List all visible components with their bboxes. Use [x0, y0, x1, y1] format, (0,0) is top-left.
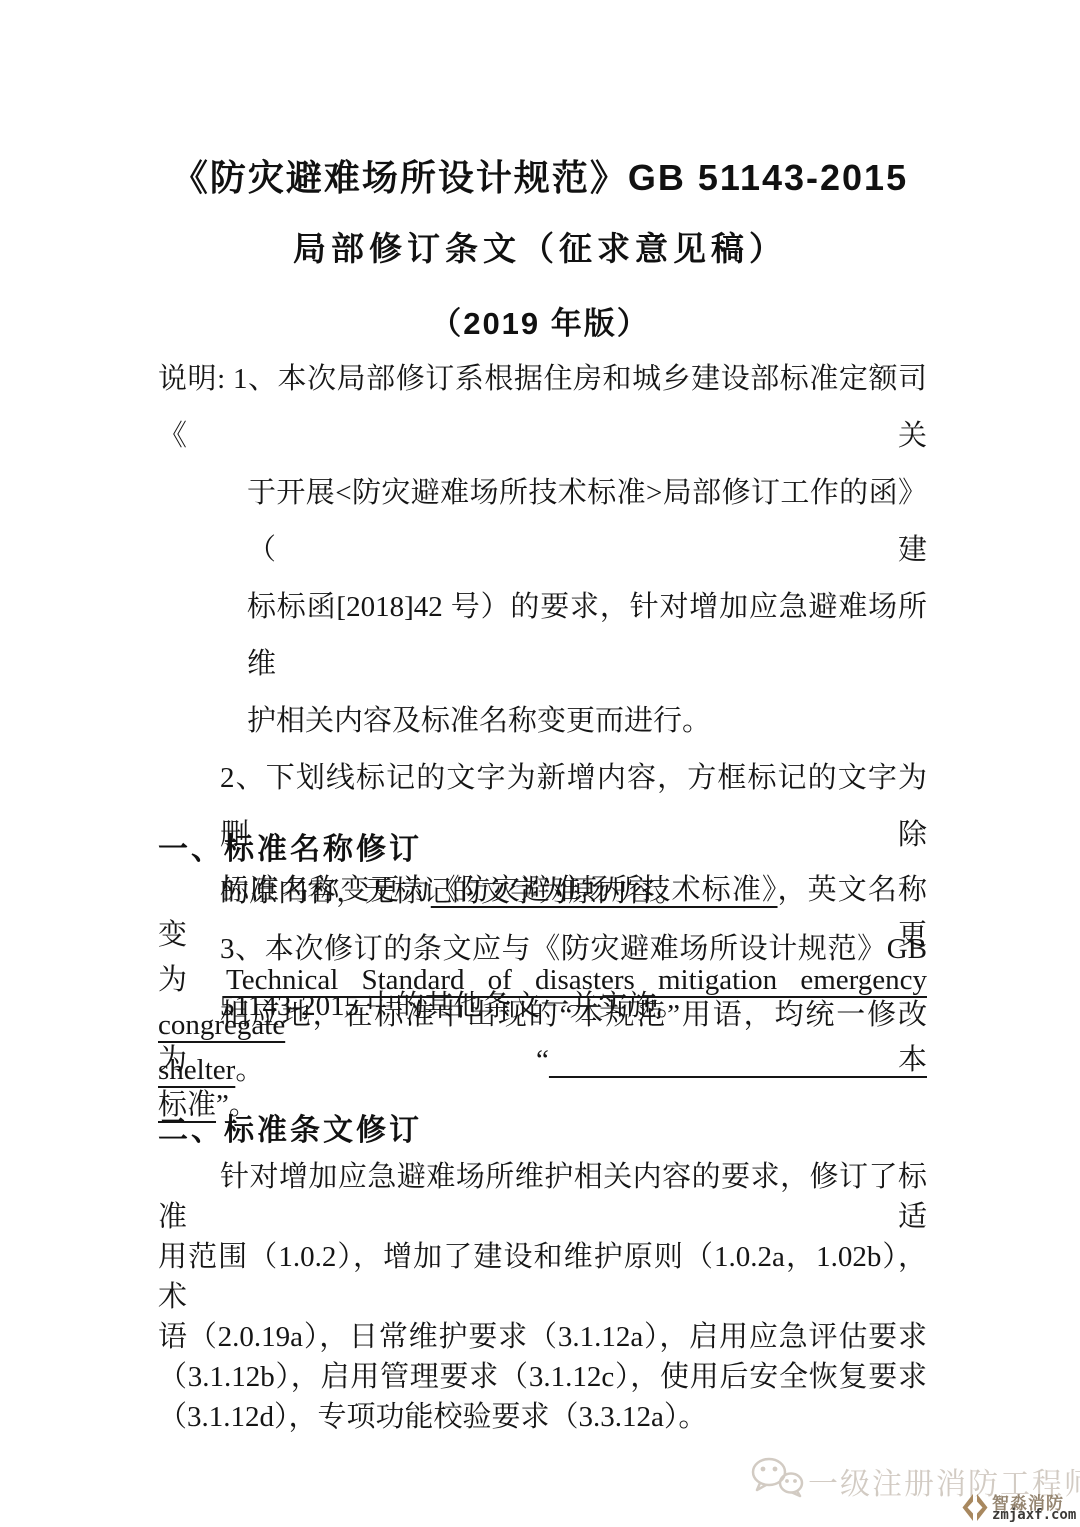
notes-line-3: 标标函[2018]42 号）的要求，针对增加应急避难场所维 — [247, 579, 927, 693]
brand-url-text: zmjaxf.com — [992, 1507, 1076, 1523]
section2-paragraph: 针对增加应急避难场所维护相关内容的要求，修订了标准适 用范围（1.0.2），增加… — [158, 1157, 927, 1437]
section2-heading: 二、标准条文修订 — [158, 1105, 422, 1149]
notes-line-1: 说明: 1、本次局部修订系根据住房和城乡建设部标准定额司《关 — [158, 351, 927, 465]
wechat-icon — [750, 1456, 804, 1498]
para1-line-1: 标准名称变更为《防灾避难场所技术标准》，英文名称变更 — [158, 868, 927, 958]
notes-item1-text: 1、本次局部修订系根据住房和城乡建设部标准定额司《关 — [158, 363, 927, 452]
doc-title-line1: 《防灾避难场所设计规范》GB 51143-2015 — [0, 150, 1080, 201]
doc-title-year: （2019 年版） — [0, 298, 1080, 343]
para3-line-3: 语（2.0.19a），日常维护要求（3.1.12a），启用应急评估要求 — [158, 1317, 927, 1357]
document-page: 《防灾避难场所设计规范》GB 51143-2015 局部修订条文（征求意见稿） … — [0, 0, 1080, 1527]
para2-line-1: 相应地，在标准中出现的“本规范”用语，均统一修改为“本 — [158, 993, 927, 1083]
para3-line-1: 针对增加应急避难场所维护相关内容的要求，修订了标准适 — [158, 1157, 927, 1237]
notes-line-2: 于开展<防灾避难场所技术标准>局部修订工作的函》（建 — [247, 465, 927, 579]
plain-text: 标准名称变更为 — [220, 874, 431, 906]
doc-title-line2: 局部修订条文（征求意见稿） — [0, 223, 1080, 270]
notes-line-4: 护相关内容及标准名称变更而进行。 — [247, 693, 927, 750]
para3-line-4: （3.1.12b），启用管理要求（3.1.12c），使用后安全恢复要求 — [158, 1357, 927, 1397]
notes-label: 说明: — [158, 363, 233, 395]
section1-heading: 一、标准名称修订 — [158, 824, 422, 868]
para3-line-5: （3.1.12d），专项功能校验要求（3.3.12a）。 — [158, 1397, 927, 1437]
para3-line-2: 用范围（1.0.2），增加了建设和维护原则（1.0.2a，1.02b），术 — [158, 1237, 927, 1317]
underlined-text: 《防灾避难场所技术标准》 — [431, 874, 778, 906]
brand-diamond-icon — [961, 1492, 989, 1523]
plain-text: 为 — [158, 964, 226, 996]
underlined-text: 本 — [549, 1044, 927, 1076]
